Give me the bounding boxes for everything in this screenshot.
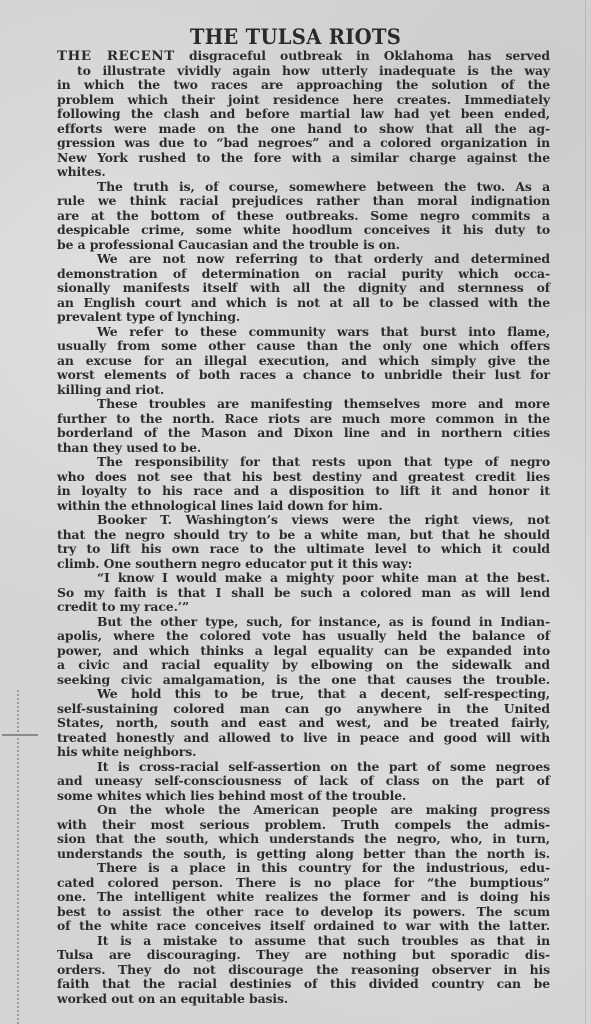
article-line: climb. One southern negro educator put i…	[57, 557, 550, 572]
article-line: in loyalty to his race and a disposition…	[57, 484, 550, 499]
article-line: The truth is, of course, somewhere betwe…	[57, 180, 550, 195]
article-line: Tulsa are discouraging. They are nothing…	[57, 948, 550, 963]
article-line: orders. They do not discourage the reaso…	[57, 963, 550, 978]
article-line: seeking civic amalgamation, is the one t…	[57, 673, 550, 688]
article-line: sionally manifests itself with all the d…	[57, 281, 550, 296]
article-line: than they used to be.	[57, 441, 550, 456]
article-line: further to the north. Race riots are muc…	[57, 412, 550, 427]
article-line: faith that the racial destinies of this …	[57, 977, 550, 992]
article-line: problem which their joint residence here…	[57, 93, 550, 108]
article-line: are at the bottom of these outbreaks. So…	[57, 209, 550, 224]
article-line: whites.	[57, 165, 550, 180]
article-line: an excuse for an illegal execution, and …	[57, 354, 550, 369]
article-line: try to lift his own race to the ultimate…	[57, 542, 550, 557]
article-line: So my faith is that I shall be such a co…	[57, 586, 550, 601]
article-line: who does not see that his best destiny a…	[57, 470, 550, 485]
article-line: prevalent type of lynching.	[57, 310, 550, 325]
newspaper-page: THE TULSA RIOTS THE RECENT disgraceful o…	[0, 0, 591, 1024]
article-line: These troubles are manifesting themselve…	[57, 397, 550, 412]
article-line: a civic and racial equality by elbowing …	[57, 658, 550, 673]
article-line: worked out on an equitable basis.	[57, 992, 550, 1007]
article-line: that the negro should try to be a white …	[57, 528, 550, 543]
article-line: rule we think racial prejudices rather t…	[57, 194, 550, 209]
article-line: best to assist the other race to develop…	[57, 905, 550, 920]
article-line: We are not now referring to that orderly…	[57, 252, 550, 267]
article-line: within the ethnological lines laid down …	[57, 499, 550, 514]
article-line: THE RECENT disgraceful outbreak in Oklah…	[57, 49, 550, 64]
article-line: cated colored person. There is no place …	[57, 876, 550, 891]
article-line: worst elements of both races a chance to…	[57, 368, 550, 383]
article-line: New York rushed to the fore with a simil…	[57, 151, 550, 166]
article-line: sion that the south, which understands t…	[57, 832, 550, 847]
article-line: We hold this to be true, that a decent, …	[57, 687, 550, 702]
article-line: The responsibility for that rests upon t…	[57, 455, 550, 470]
article-line: treated honestly and allowed to live in …	[57, 731, 550, 746]
article-line: It is cross-racial self-assertion on the…	[57, 760, 550, 775]
article-line: efforts were made on the one hand to sho…	[57, 122, 550, 137]
article-body: THE RECENT disgraceful outbreak in Oklah…	[57, 49, 550, 1006]
article-line: his white neighbors.	[57, 745, 550, 760]
article-line: But the other type, such, for instance, …	[57, 615, 550, 630]
article-line: some whites which lies behind most of th…	[57, 789, 550, 804]
article-line: self-sustaining colored man can go anywh…	[57, 702, 550, 717]
article-line: despicable crime, some white hoodlum con…	[57, 223, 550, 238]
article-line: apolis, where the colored vote has usual…	[57, 629, 550, 644]
article-line: There is a place in this country for the…	[57, 861, 550, 876]
article-line: power, and which thinks a legal equality…	[57, 644, 550, 659]
page-edge	[585, 0, 586, 1024]
article-line: in which the two races are approaching t…	[57, 78, 550, 93]
article-line: demonstration of determination on racial…	[57, 267, 550, 282]
article-line: be a professional Caucasian and the trou…	[57, 238, 550, 253]
article-line: It is a mistake to assume that such trou…	[57, 934, 550, 949]
article-line: States, north, south and east and west, …	[57, 716, 550, 731]
article-line: Booker T. Washington’s views were the ri…	[57, 513, 550, 528]
article-line: with their most serious problem. Truth c…	[57, 818, 550, 833]
article-line: of the white race conceives itself ordai…	[57, 919, 550, 934]
article-line: one. The intelligent white realizes the …	[57, 890, 550, 905]
article-line: usually from some other cause than the o…	[57, 339, 550, 354]
article-line: following the clash and before martial l…	[57, 107, 550, 122]
article-line: We refer to these community wars that bu…	[57, 325, 550, 340]
column-rule-mark	[2, 734, 38, 736]
article-line: killing and riot.	[57, 383, 550, 398]
article-line: credit to my race.’”	[57, 600, 550, 615]
headline: THE TULSA RIOTS	[21, 24, 571, 49]
article-line: On the whole the American people are mak…	[57, 803, 550, 818]
article-line: understands the south, is getting along …	[57, 847, 550, 862]
article-line: gression was due to “bad negroes” and a …	[57, 136, 550, 151]
article-line: and uneasy self-consciousness of lack of…	[57, 774, 550, 789]
article-line: borderland of the Mason and Dixon line a…	[57, 426, 550, 441]
lead-caps: THE RECENT	[57, 48, 175, 64]
column-rule	[17, 690, 19, 1024]
article-line: an English court and which is not at all…	[57, 296, 550, 311]
article-line: “I know I would make a mighty poor white…	[57, 571, 550, 586]
article-line: to illustrate vividly again how utterly …	[57, 64, 550, 79]
